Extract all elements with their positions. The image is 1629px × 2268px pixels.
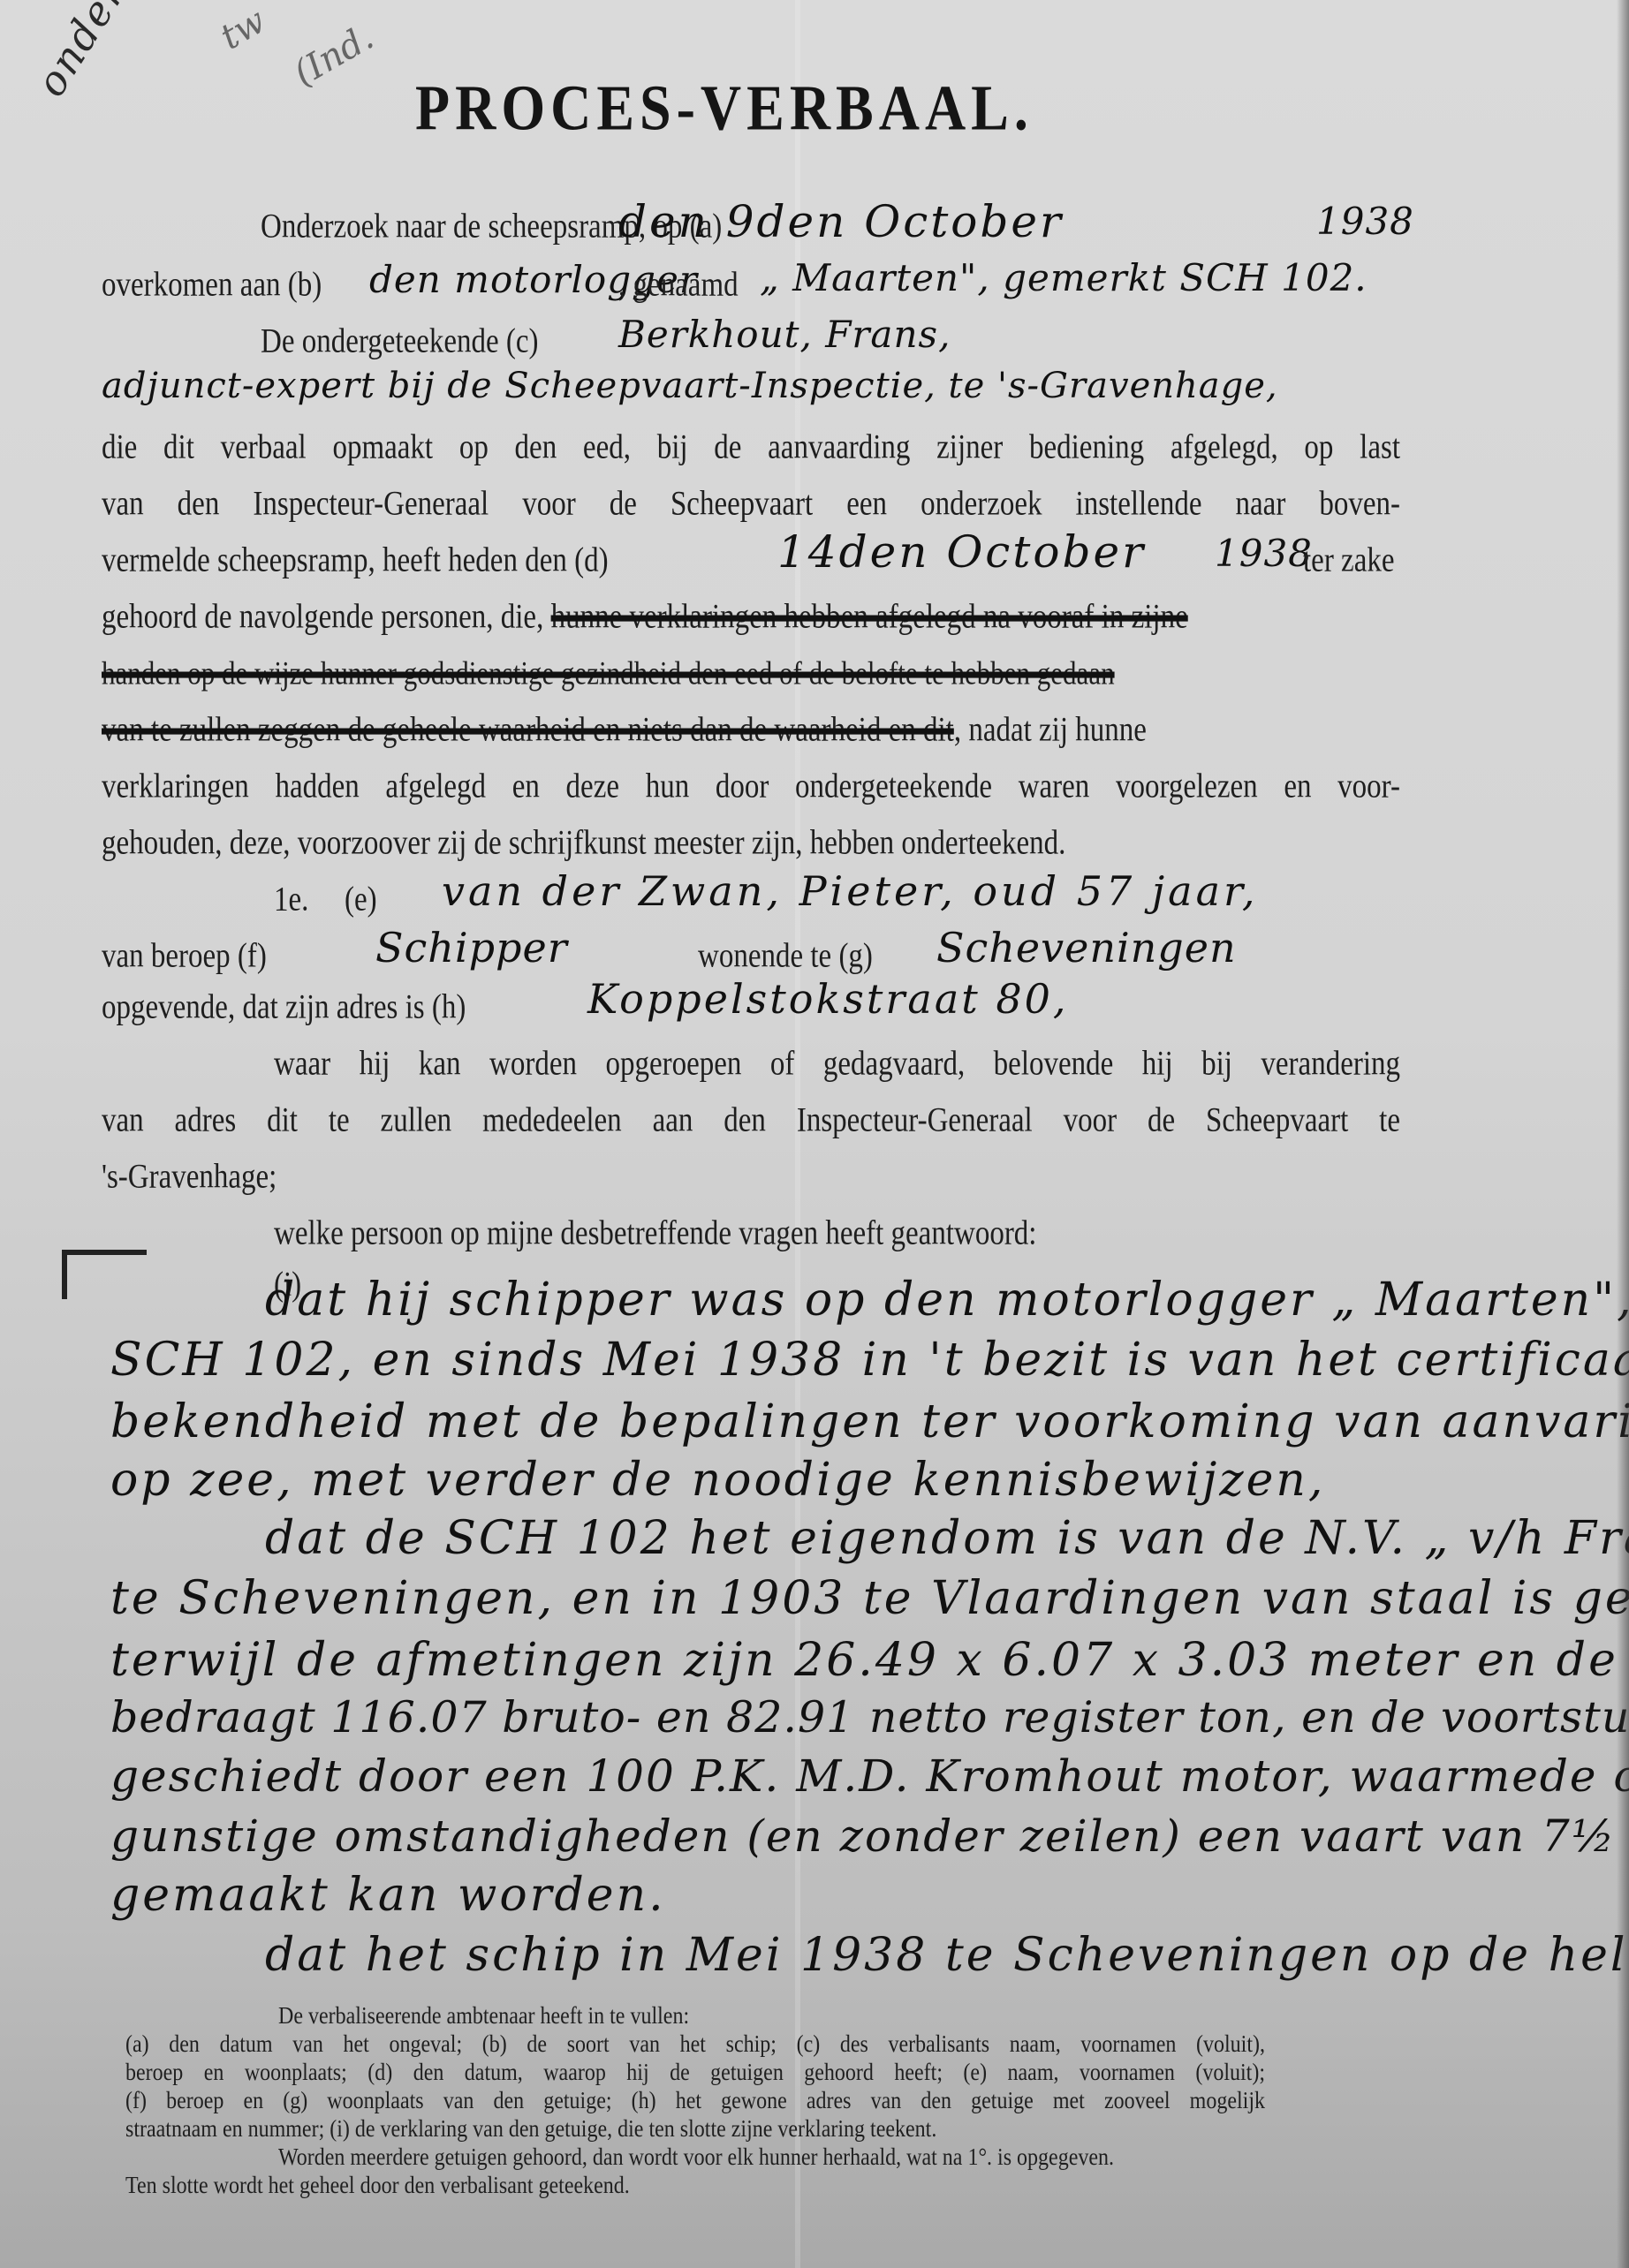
signatory-label: De ondergeteekende (c) [261, 325, 539, 359]
witness-name-marker: (e) [345, 883, 377, 918]
hearing-date: 14den October [777, 526, 1146, 578]
statement-line: SCH 102, en sinds Mei 1938 in 't bezit i… [110, 1334, 1629, 1387]
closing-line: verklaringen hadden afgelegd en deze hun… [102, 770, 1400, 805]
vessel-type-label: overkomen aan (b) [102, 268, 322, 303]
signatory-function: adjunct-expert bij de Scheepvaart-Inspec… [102, 366, 1278, 406]
hearing-year: 1938 [1215, 532, 1313, 575]
witness-residence: Scheveningen [936, 924, 1237, 971]
statement-line: gemaakt kan worden. [110, 1869, 666, 1922]
witness-number: 1e. [274, 883, 308, 918]
vessel-name: „ Maarten", gemerkt SCH 102. [760, 256, 1368, 299]
statement-line: bedraagt 116.07 bruto- en 82.91 netto re… [110, 1692, 1629, 1743]
notice-line: van adres dit te zullen mededeelen aan d… [102, 1104, 1400, 1138]
witness-address: Koppelstokstraat 80, [587, 975, 1069, 1023]
statement-line: terwijl de afmetingen zijn 26.49 x 6.07 … [110, 1634, 1629, 1687]
pencil-annotation: (Ind. [287, 17, 381, 94]
witness-occupation: Schipper [375, 924, 568, 971]
residence-label: wonende te (g) [698, 940, 873, 974]
struck-line: van te zullen zeggen de geheele waarheid… [102, 714, 1147, 748]
statement-line: op zee, met verder de noodige kennisbewi… [110, 1454, 1325, 1507]
witness-name: van der Zwan, Pieter, oud 57 jaar, [442, 867, 1259, 915]
statement-line: dat het schip in Mei 1938 te Scheveninge… [265, 1929, 1629, 1982]
struck-text: handen op de wijze hunner godsdienstige … [102, 657, 1115, 690]
closing-line: gehouden, deze, voorzoover zij de schrij… [102, 827, 1065, 861]
statement-line: dat de SCH 102 het eigendom is van de N.… [265, 1512, 1629, 1565]
statement-line: te Scheveningen, en in 1903 te Vlaarding… [110, 1572, 1629, 1625]
statement-line: bekendheid met de bepalingen ter voorkom… [110, 1395, 1629, 1448]
oath-paragraph-line: van den Inspecteur-Generaal voor de Sche… [102, 488, 1400, 522]
footer-line: (f) beroep en (g) woonplaats van den get… [125, 2088, 1265, 2115]
notice-line: waar hij kan worden opgeroepen of gedagv… [274, 1047, 1400, 1082]
notice-line: 's-Gravenhage; [102, 1160, 277, 1195]
accident-date: den 9den October [618, 196, 1064, 247]
signatory-name: Berkhout, Frans, [618, 313, 951, 356]
pencil-annotation: tw [214, 1, 273, 58]
statement-line: geschiedt door een 100 P.K. M.D. Kromhou… [110, 1750, 1629, 1802]
accident-year: 1938 [1316, 200, 1414, 243]
vessel-named-label: , genaamd [618, 268, 739, 303]
statement-line: dat hij schipper was op den motorlogger … [265, 1274, 1629, 1327]
bracket-mark [62, 1250, 147, 1299]
heard-persons-label: gehoord de navolgende personen, die, hun… [102, 601, 1188, 635]
struck-text: van te zullen zeggen de geheele waarheid… [102, 712, 954, 749]
footer-heading: De verbaliseerende ambtenaar heeft in te… [278, 2003, 689, 2030]
footer-line: straatnaam en nummer; (i) de verklaring … [125, 2116, 936, 2143]
hearing-date-suffix: ter zake [1303, 544, 1395, 578]
hearing-date-label: vermelde scheepsramp, heeft heden den (d… [102, 544, 609, 578]
footer-line: beroep en woonplaats; (d) den datum, waa… [125, 2060, 1265, 2087]
struck-text: hunne verklaringen hebben afgelegd na vo… [551, 599, 1188, 636]
occupation-label: van beroep (f) [102, 940, 267, 974]
footer-multiple-witnesses: Worden meerdere getuigen gehoord, dan wo… [278, 2144, 1114, 2172]
footer-closing: Ten slotte wordt het geheel door den ver… [125, 2173, 630, 2200]
oath-paragraph-line: die dit verbaal opmaakt op den eed, bij … [102, 431, 1400, 465]
margin-annotation: onderzoek [27, 0, 189, 105]
document-page: onderzoek tw (Ind. PROCES-VERBAAL. Onder… [0, 0, 1629, 2268]
document-title: PROCES-VERBAAL. [415, 71, 1034, 146]
questions-intro: welke persoon op mijne desbetreffende vr… [274, 1217, 1036, 1251]
address-label: opgevende, dat zijn adres is (h) [102, 991, 466, 1025]
statement-line: gunstige omstandigheden (en zonder zeile… [110, 1811, 1629, 1862]
footer-line: (a) den datum van het ongeval; (b) de so… [125, 2031, 1265, 2059]
